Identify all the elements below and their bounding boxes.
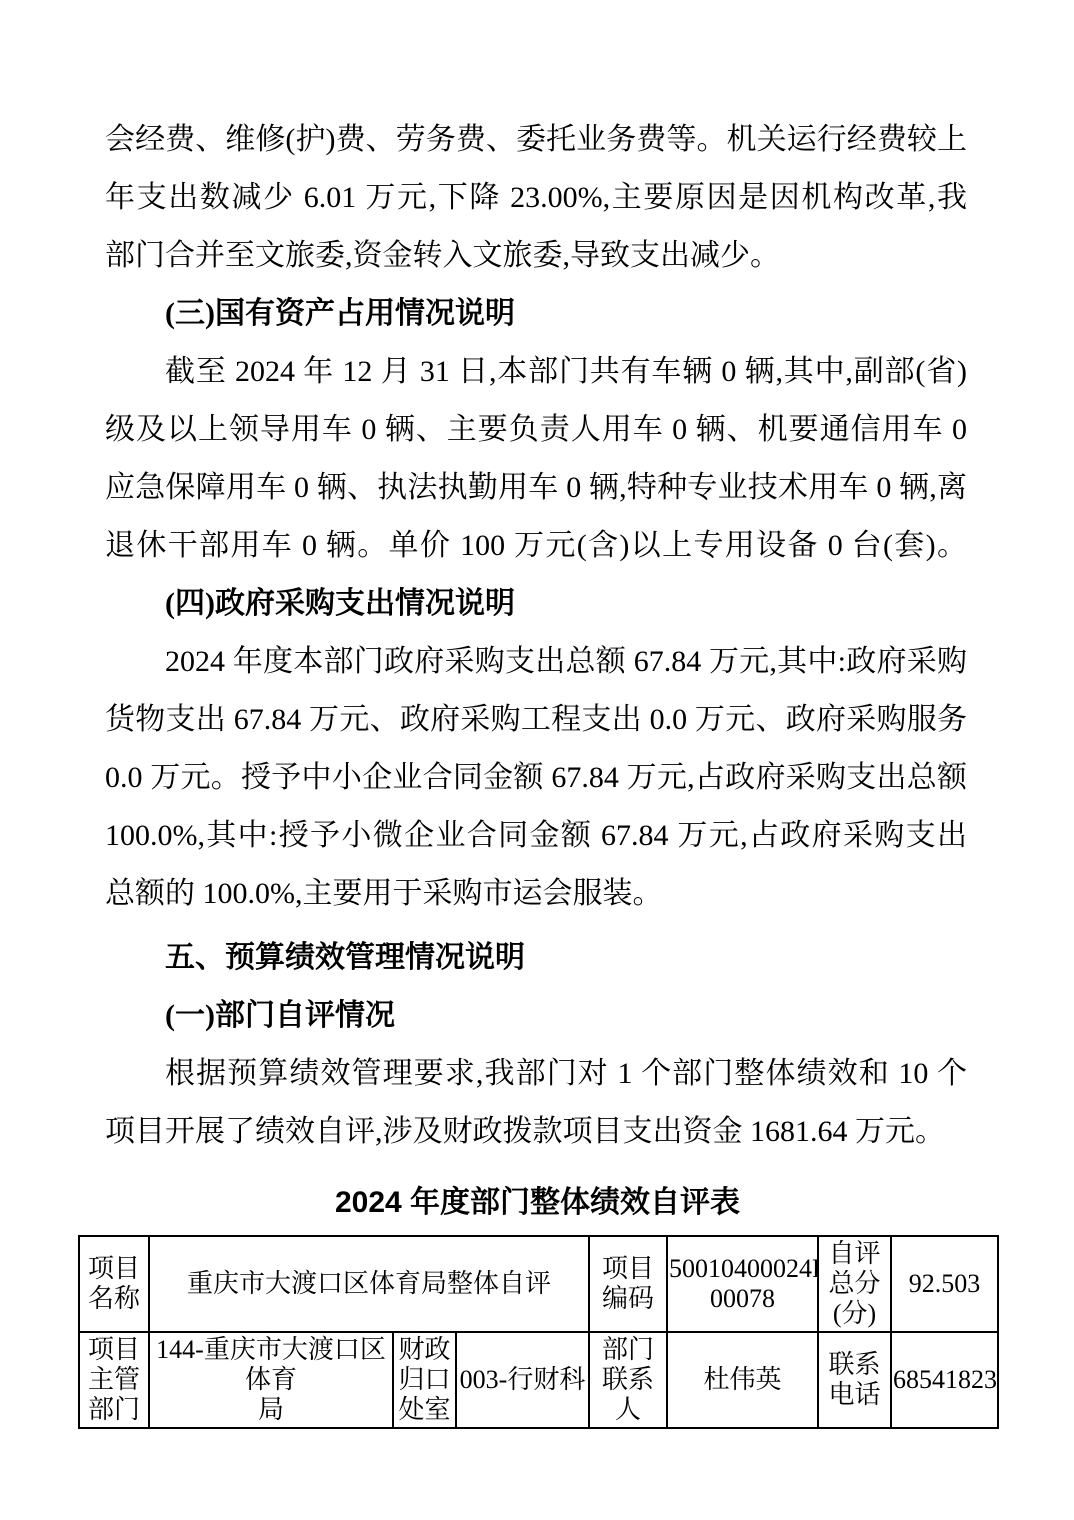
table-body: 项目 名称重庆市大渡口区体育局整体自评项目 编码50010400024P0 00… [79,1236,998,1428]
body-line: 总额的 100.0%,主要用于采购市运会服装。 [105,865,967,923]
table-cell-label: 联系 电话 [818,1332,891,1428]
table-cell-label: 项目 名称 [79,1236,149,1332]
table-cell-label: 部门 联系人 [589,1332,667,1428]
table-row: 项目 主管 部门144-重庆市大渡口区体育 局财政 归口 处室003-行财科部门… [79,1332,998,1428]
section-heading: (四)政府采购支出情况说明 [105,575,967,633]
table-cell-value: 92.503 [891,1236,998,1332]
table-cell-value: 重庆市大渡口区体育局整体自评 [149,1236,589,1332]
self-eval-table: 项目 名称重庆市大渡口区体育局整体自评项目 编码50010400024P0 00… [78,1235,999,1429]
table-cell-label: 财政 归口 处室 [393,1332,456,1428]
body-line: 年支出数减少 6.01 万元,下降 23.00%,主要原因是因机构改革,我 [105,169,967,227]
body-line: 项目开展了绩效自评,涉及财政拨款项目支出资金 1681.64 万元。 [105,1103,967,1161]
section-heading: 五、预算绩效管理情况说明 [105,929,967,987]
section-heading: (三)国有资产占用情况说明 [105,285,967,343]
table-cell-label: 自评 总分 (分) [818,1236,891,1332]
body-line: 0.0 万元。授予中小企业合同金额 67.84 万元,占政府采购支出总额的 [105,749,967,807]
body-line: 货物支出 67.84 万元、政府采购工程支出 0.0 万元、政府采购服务支出 [105,691,967,749]
table-cell-label: 项目 主管 部门 [79,1332,149,1428]
table-cell-value: 144-重庆市大渡口区体育 局 [149,1332,393,1428]
body-line: 部门合并至文旅委,资金转入文旅委,导致支出减少。 [105,227,967,285]
table-cell-label: 项目 编码 [589,1236,667,1332]
table-cell-value: 杜伟英 [667,1332,818,1428]
body-line: 根据预算绩效管理要求,我部门对 1 个部门整体绩效和 10 个二级 [105,1045,967,1103]
body-line: 级及以上领导用车 0 辆、主要负责人用车 0 辆、机要通信用车 0 辆、 [105,401,967,459]
table-cell-value: 68541823 [891,1332,998,1428]
body-line: 会经费、维修(护)费、劳务费、委托业务费等。机关运行经费较上 [105,111,967,169]
body-line: 退休干部用车 0 辆。单价 100 万元(含)以上专用设备 0 台(套)。 [105,517,967,575]
table-row: 项目 名称重庆市大渡口区体育局整体自评项目 编码50010400024P0 00… [79,1236,998,1332]
body-line: 应急保障用车 0 辆、执法执勤用车 0 辆,特种专业技术用车 0 辆,离 [105,459,967,517]
body-line: 截至 2024 年 12 月 31 日,本部门共有车辆 0 辆,其中,副部(省) [105,343,967,401]
body-line: 100.0%,其中:授予小微企业合同金额 67.84 万元,占政府采购支出 [105,807,967,865]
table-cell-value: 003-行财科 [456,1332,589,1428]
body-line: 2024 年度本部门政府采购支出总额 67.84 万元,其中:政府采购 [105,633,967,691]
page: { "document": { "lines": [ { "text": "会经… [0,0,1074,1520]
table-title: 2024 年度部门整体绩效自评表 [78,1183,997,1223]
table-cell-value: 50010400024P0 00078 [667,1236,818,1332]
section-heading: (一)部门自评情况 [105,987,967,1045]
document-body: 会经费、维修(护)费、劳务费、委托业务费等。机关运行经费较上年支出数减少 6.0… [105,111,967,1161]
